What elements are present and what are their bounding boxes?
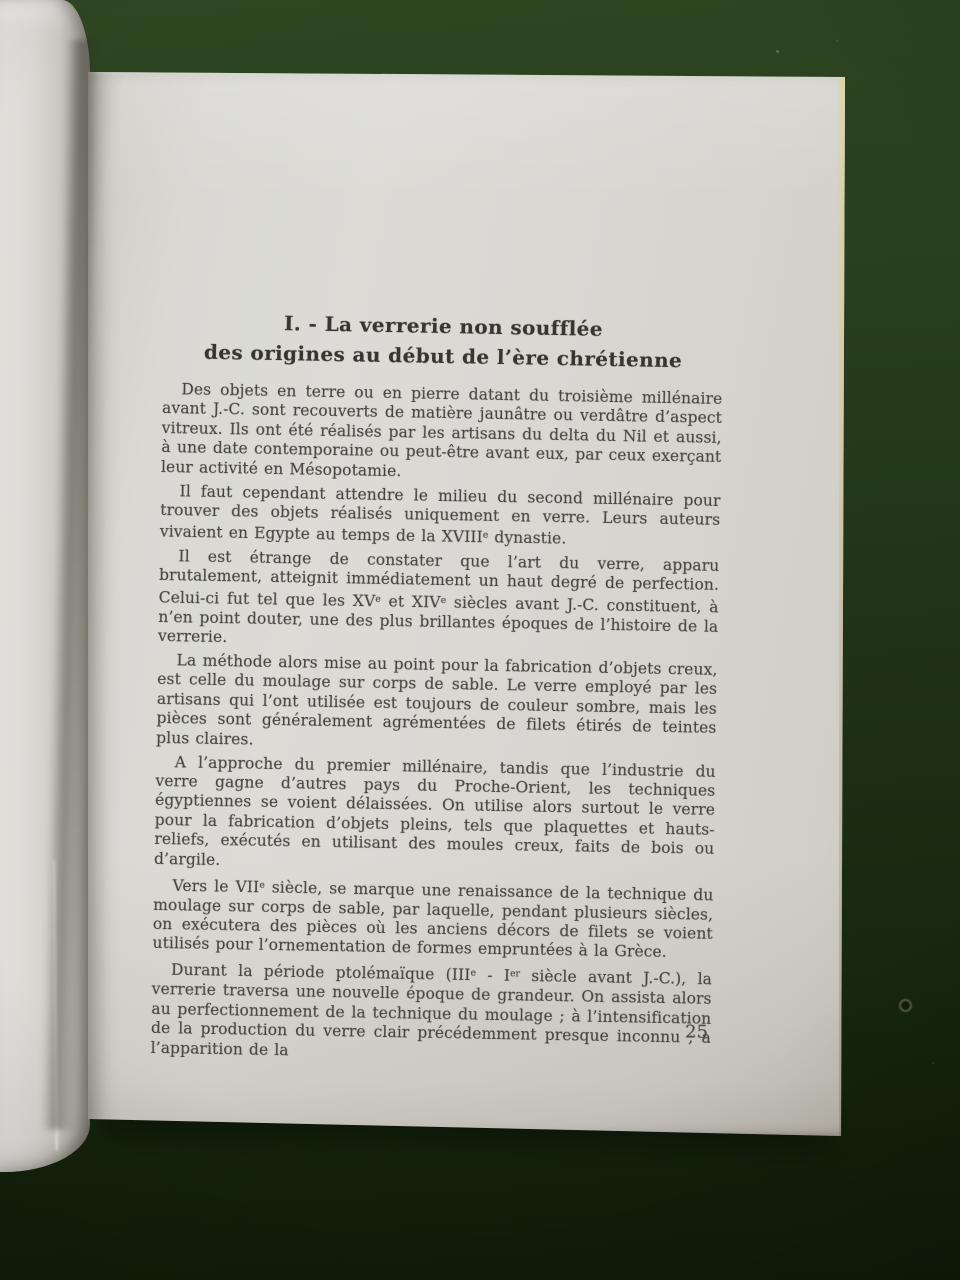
paragraph: Des objets en terre ou en pierre datant …	[161, 380, 723, 487]
paragraph: Vers le VIIe siècle, se marque une renai…	[152, 873, 713, 963]
paragraph: Il est étrange de constater que l’art du…	[158, 547, 720, 657]
paragraph: A l’approche du premier millénaire, tand…	[154, 753, 716, 879]
book-photo: I. - La verrerie non soufflée des origin…	[0, 0, 960, 1280]
dust-speck	[932, 1062, 934, 1064]
paragraph: Durant la période ptolémaïque (IIIe - Ie…	[151, 958, 713, 1068]
ring-mark	[899, 999, 912, 1012]
main-page: I. - La verrerie non soufflée des origin…	[88, 72, 845, 1136]
paragraph: La méthode alors mise au point pour la f…	[156, 651, 718, 758]
text-block: I. - La verrerie non soufflée des origin…	[150, 300, 723, 1072]
paragraph: Il faut cependant attendre le milieu du …	[160, 482, 721, 553]
body-paragraphs: Des objets en terre ou en pierre datant …	[151, 380, 723, 1068]
dust-speck	[776, 50, 779, 53]
page-number: 25	[685, 1021, 708, 1042]
chapter-title: I. - La verrerie non soufflée des origin…	[163, 306, 724, 376]
dust-speck	[836, 40, 838, 42]
